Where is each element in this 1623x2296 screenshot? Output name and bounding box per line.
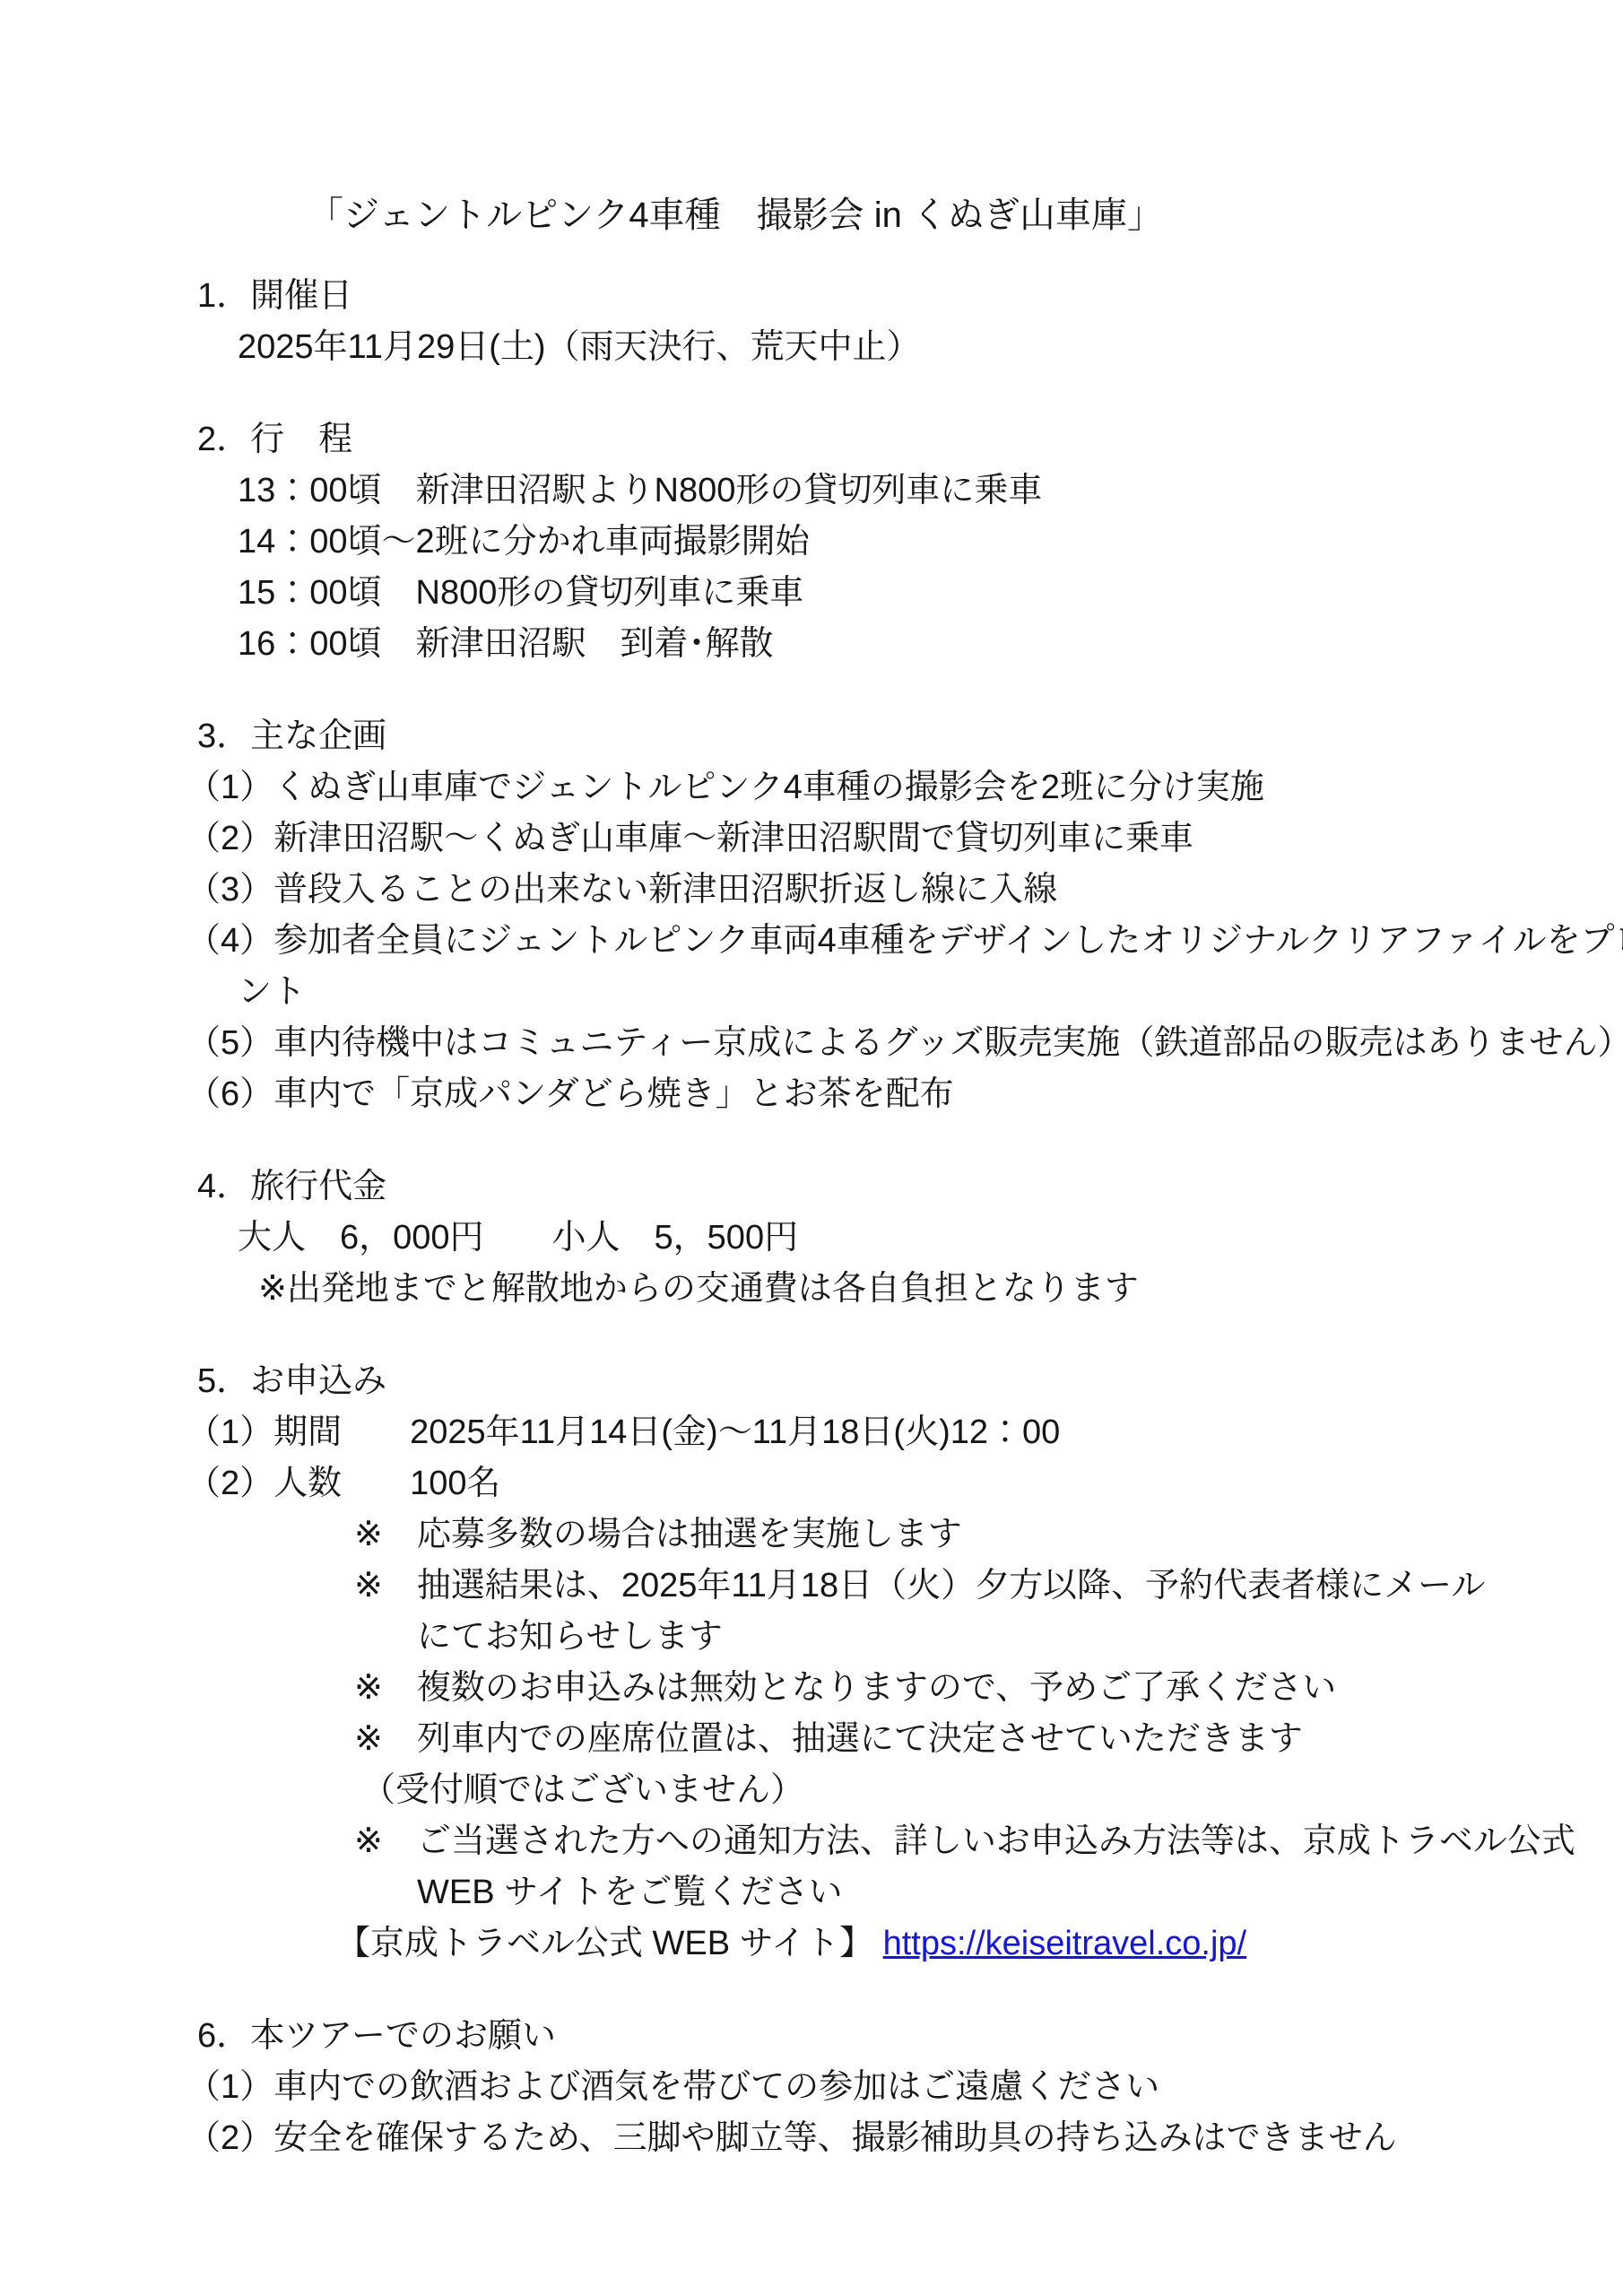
note-seat-assignment-parenthetical: （受付順ではございません）	[361, 1765, 1623, 1816]
web-site-label: 【京成トラベル公式 WEB サイト】	[336, 1925, 883, 1962]
plan-item-5: （5）車内待機中はコミュニティー京成によるグッズ販売実施（鉄道部品の販売はありま…	[187, 1018, 1623, 1069]
section-event-date: 1．開催日 2025年11月29日(土)（雨天決行、荒天中止）	[0, 271, 1623, 373]
note-seat-assignment: ※ 列車内での座席位置は、抽選にて決定させていただきます	[354, 1714, 1623, 1765]
section-main-plans: 3．主な企画 （1）くぬぎ山車庫でジェントルピンク4車種の撮影会を2班に分け実施…	[0, 711, 1623, 1120]
keisei-travel-link[interactable]: https://keiseitravel.co.jp/	[883, 1925, 1247, 1962]
note-lottery-result-continuation: にてお知らせします	[417, 1612, 1623, 1663]
note-lottery-result: ※ 抽選結果は、2025年11月18日（火）夕方以降、予約代表者様にメール	[354, 1561, 1623, 1612]
plan-item-2: （2）新津田沼駅～くぬぎ山車庫～新津田沼駅間で貸切列車に乗車	[187, 813, 1623, 865]
itinerary-1400: 14：00頃～2班に分かれ車両撮影開始	[238, 517, 1623, 568]
note-duplicate-applications: ※ 複数のお申込みは無効となりますので、予めご了承ください	[354, 1663, 1623, 1714]
section-itinerary: 2．行 程 13：00頃 新津田沼駅よりN800形の貸切列車に乗車 14：00頃…	[0, 414, 1623, 670]
event-date-line: 2025年11月29日(土)（雨天決行、荒天中止）	[238, 322, 1623, 373]
note-lottery: ※ 応募多数の場合は抽選を実施します	[354, 1509, 1623, 1561]
request-no-tripods: （2）安全を確保するため、三脚や脚立等、撮影補助具の持ち込みはできません	[187, 2113, 1623, 2164]
plan-item-4-continuation: ント	[238, 967, 1623, 1018]
note-winner-notification: ※ ご当選された方への通知方法、詳しいお申込み方法等は、京成トラベル公式	[354, 1816, 1623, 1867]
section-requests: 6．本ツアーでのお願い （1）車内での飲酒および酒気を帯びての参加はご遠慮くださ…	[0, 2011, 1623, 2164]
section-3-heading: 3．主な企画	[197, 711, 1623, 762]
section-4-heading: 4．旅行代金	[197, 1161, 1623, 1213]
price-line: 大人 6，000円 小人 5，500円	[238, 1213, 1623, 1264]
itinerary-1500: 15：00頃 N800形の貸切列車に乗車	[238, 568, 1623, 619]
plan-item-1: （1）くぬぎ山車庫でジェントルピンク4車種の撮影会を2班に分け実施	[187, 762, 1623, 813]
web-site-line: 【京成トラベル公式 WEB サイト】 https://keiseitravel.…	[336, 1918, 1623, 1970]
section-6-heading: 6．本ツアーでのお願い	[197, 2011, 1623, 2062]
section-2-heading: 2．行 程	[197, 414, 1623, 465]
note-winner-notification-continuation: WEB サイトをご覧ください	[417, 1867, 1623, 1918]
plan-item-4: （4）参加者全員にジェントルピンク車両4車種をデザインしたオリジナルクリアファイ…	[187, 916, 1623, 967]
section-price: 4．旅行代金 大人 6，000円 小人 5，500円 ※出発地までと解散地からの…	[0, 1161, 1623, 1315]
plan-item-6: （6）車内で「京成パンダどら焼き」とお茶を配布	[187, 1069, 1623, 1120]
page-title: 「ジェントルピンク4車種 撮影会 in くぬぎ山車庫」	[0, 190, 1623, 241]
itinerary-1600: 16：00頃 新津田沼駅 到着･解散	[238, 619, 1623, 670]
section-5-heading: 5．お申込み	[197, 1356, 1623, 1407]
section-1-heading: 1．開催日	[197, 271, 1623, 322]
plan-item-3: （3）普段入ることの出来ない新津田沼駅折返し線に入線	[187, 865, 1623, 916]
itinerary-1300: 13：00頃 新津田沼駅よりN800形の貸切列車に乗車	[238, 465, 1623, 517]
price-note: ※出発地までと解散地からの交通費は各自負担となります	[258, 1264, 1623, 1315]
section-application: 5．お申込み （1）期間 2025年11月14日(金)～11月18日(火)12：…	[0, 1356, 1623, 1970]
application-period: （1）期間 2025年11月14日(金)～11月18日(火)12：00	[187, 1407, 1623, 1458]
application-capacity: （2）人数 100名	[187, 1458, 1623, 1509]
request-no-alcohol: （1）車内での飲酒および酒気を帯びての参加はご遠慮ください	[187, 2062, 1623, 2113]
document-page: 「ジェントルピンク4車種 撮影会 in くぬぎ山車庫」 1．開催日 2025年1…	[0, 0, 1623, 2296]
